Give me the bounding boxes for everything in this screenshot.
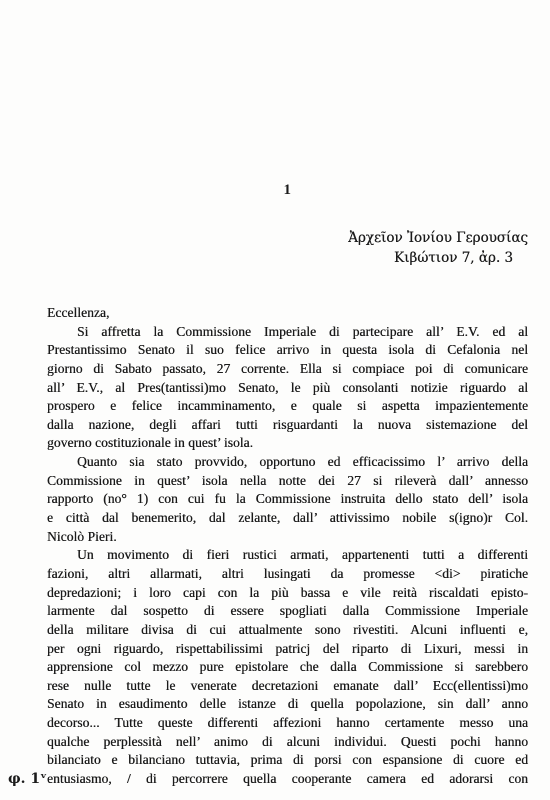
archive-reference: Ἀρχεῖον Ἰονίου Γερουσίας Κιβώτιον 7, ἀρ.… bbox=[348, 229, 528, 268]
text-line: fazioni, altri allarmati, altri lusingat… bbox=[47, 565, 528, 584]
paragraph-3: Un movimento di fieri rustici armati, ap… bbox=[47, 546, 528, 788]
text-line: qualche perplessità nell’ animo di alcun… bbox=[47, 733, 528, 752]
page-number: 1 bbox=[47, 182, 528, 199]
text-line: decorso... Tutte queste differenti affez… bbox=[47, 714, 528, 733]
text-line: e città dal benemerito, dal zelante, dal… bbox=[47, 509, 528, 528]
document-page: 1 Ἀρχεῖον Ἰονίου Γερουσίας Κιβώτιον 7, ἀ… bbox=[0, 0, 550, 800]
text-line: bilanciato e bilanciano tuttavia, prima … bbox=[47, 751, 528, 770]
text-line: dalla nazione, degli affari tutti risgua… bbox=[47, 416, 528, 435]
text-line: per ogni riguardo, rispettabilissimi pat… bbox=[47, 640, 528, 659]
text-line: rapporto (no° 1) con cui fu la Commissio… bbox=[47, 490, 528, 509]
text-line: Commissione in quest’ isola nella notte … bbox=[47, 472, 528, 491]
text-line: Senato in esaudimento delle istanze di q… bbox=[47, 695, 528, 714]
text-line: governo costituzionale in quest’ isola. bbox=[47, 434, 528, 453]
paragraph-2: Quanto sia stato provvido, opportuno ed … bbox=[47, 453, 528, 546]
letter-body: Eccellenza, Si affretta la Commissione I… bbox=[47, 304, 528, 789]
text-line: giorno di Sabato passato, 27 corrente. E… bbox=[47, 360, 528, 379]
text-line: all’ E.V., al Pres(tantissi)mo Senato, l… bbox=[47, 379, 528, 398]
text-line: Un movimento di fieri rustici armati, ap… bbox=[47, 546, 528, 565]
salutation: Eccellenza, bbox=[47, 304, 528, 323]
text-line: Prestantissimo Senato il suo felice arri… bbox=[47, 341, 528, 360]
text-line: larmente dal sospetto di essere spogliat… bbox=[47, 602, 528, 621]
text-line: Nicolò Pieri. bbox=[47, 528, 528, 547]
archive-ref-line2: Κιβώτιον 7, ἀρ. 3 bbox=[348, 249, 528, 269]
text-line: apprensione col mezzo pure epistolare ch… bbox=[47, 658, 528, 677]
text-line: depredazioni; i loro capi con la più bas… bbox=[47, 584, 528, 603]
text-line: rese nulle tutte le venerate decretazion… bbox=[47, 677, 528, 696]
text-line: prospero e felice incamminamento, e qual… bbox=[47, 397, 528, 416]
text-line: della militare divisa di cui attualmente… bbox=[47, 621, 528, 640]
text-line: Quanto sia stato provvido, opportuno ed … bbox=[47, 453, 528, 472]
folio-margin-note: φ. 1ᵛ bbox=[8, 770, 47, 789]
text-line: Si affretta la Commissione Imperiale di … bbox=[47, 323, 528, 342]
archive-ref-line1: Ἀρχεῖον Ἰονίου Γερουσίας bbox=[348, 229, 528, 249]
text-line: entusiasmo, / di percorrere quella coope… bbox=[47, 770, 528, 789]
paragraph-1: Si affretta la Commissione Imperiale di … bbox=[47, 323, 528, 453]
